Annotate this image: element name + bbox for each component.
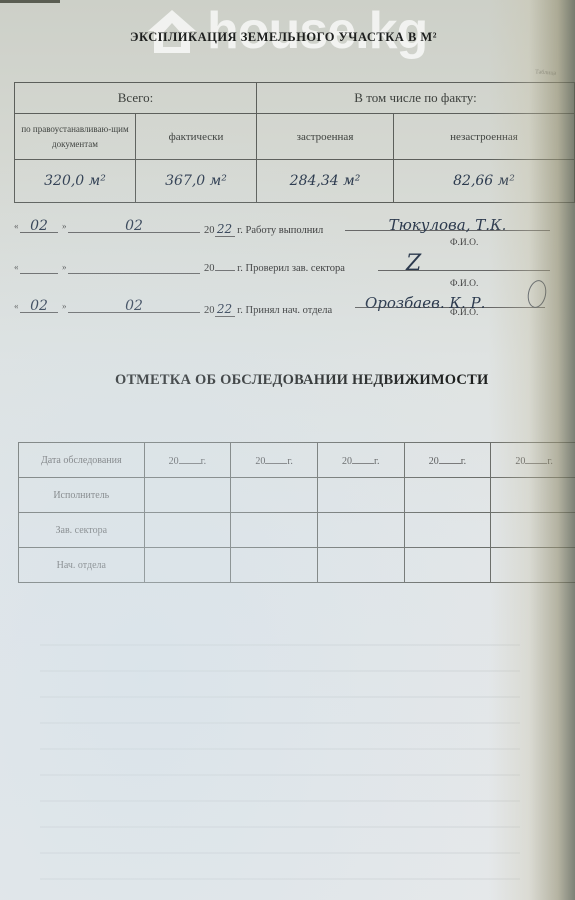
signer-name: Z [378, 251, 550, 271]
corner-label: Таблица [535, 69, 557, 76]
year-unit: г. [237, 263, 243, 274]
table-row: Зав. сектора [19, 513, 575, 548]
cell [491, 548, 575, 583]
year-unit: г. [237, 305, 243, 316]
land-area-table: Всего: В том числе по факту: по правоуст… [14, 82, 575, 203]
section-title-inspection: ОТМЕТКА ОБ ОБСЛЕДОВАНИИ НЕДВИЖИМОСТИ [115, 372, 488, 389]
date-cell: 20г. [144, 443, 231, 478]
table-row: Дата обследования 20г. 20г. 20г. 20г. 20… [19, 443, 575, 478]
month-field [68, 259, 200, 274]
cell [231, 513, 318, 548]
year-suffix: 22 [215, 222, 235, 237]
header-actual: фактически [136, 114, 257, 160]
header-built: застроенная [257, 114, 394, 160]
cell [491, 478, 575, 513]
fio-label: Ф.И.О. [450, 279, 478, 289]
signer-name: Тюкулова, Т.К. [345, 216, 550, 231]
cell [317, 513, 404, 548]
cell [404, 513, 491, 548]
cell [491, 513, 575, 548]
date-cell: 20г. [231, 443, 318, 478]
year-suffix: 22 [215, 302, 235, 317]
cell [144, 548, 231, 583]
signer-name: Орозбаев. К. Р. [355, 294, 545, 308]
row-header-sector-head: Зав. сектора [19, 513, 145, 548]
section-title-land-explication: ЭКСПЛИКАЦИЯ ЗЕМЕЛЬНОГО УЧАСТКА В М² [130, 30, 437, 45]
value-by-documents: 320,0 м² [15, 160, 136, 203]
year-suffix [215, 270, 235, 271]
value-actual: 367,0 м² [136, 160, 257, 203]
role-label: Проверил зав. сектора [246, 263, 345, 274]
month-field: 02 [68, 298, 200, 313]
header-unbuilt: незастроенная [394, 114, 575, 160]
signature-row-accepted: « 02 » 02 2022 г. Принял нач. отдела Оро… [0, 298, 575, 338]
cell [231, 478, 318, 513]
header-in-fact: В том числе по факту: [257, 83, 575, 114]
date-cell: 20г. [404, 443, 491, 478]
value-unbuilt: 82,66 м² [394, 160, 575, 203]
day-field [20, 259, 58, 274]
bleed-through-lines [40, 620, 520, 880]
row-header-department-head: Нач. отдела [19, 548, 145, 583]
table-row: Исполнитель [19, 478, 575, 513]
month-field: 02 [68, 218, 200, 233]
cell [317, 478, 404, 513]
year-prefix: 20 [204, 225, 215, 236]
year-prefix: 20 [204, 305, 215, 316]
inspection-table: Дата обследования 20г. 20г. 20г. 20г. 20… [18, 442, 575, 583]
date-cell: 20г. [491, 443, 575, 478]
role-label: Работу выполнил [246, 225, 324, 236]
signature-row-checked: « » 20 г. Проверил зав. сектора Z Ф.И.О. [0, 259, 575, 299]
table-row: Нач. отдела [19, 548, 575, 583]
cell [404, 548, 491, 583]
value-built: 284,34 м² [257, 160, 394, 203]
cell [231, 548, 318, 583]
header-by-documents: по правоустанавливаю-щим документам [15, 114, 136, 160]
fio-label: Ф.И.О. [450, 238, 478, 248]
cell [404, 478, 491, 513]
day-field: 02 [20, 298, 58, 313]
year-unit: г. [237, 225, 243, 236]
day-field: 02 [20, 218, 58, 233]
fio-label: Ф.И.О. [450, 308, 478, 318]
cell [317, 548, 404, 583]
date-cell: 20г. [317, 443, 404, 478]
year-prefix: 20 [204, 263, 215, 274]
cell [144, 478, 231, 513]
row-header-executor: Исполнитель [19, 478, 145, 513]
row-header-inspection-date: Дата обследования [19, 443, 145, 478]
page-edge [0, 0, 60, 3]
header-total: Всего: [15, 83, 257, 114]
cell [144, 513, 231, 548]
role-label: Принял нач. отдела [246, 305, 333, 316]
